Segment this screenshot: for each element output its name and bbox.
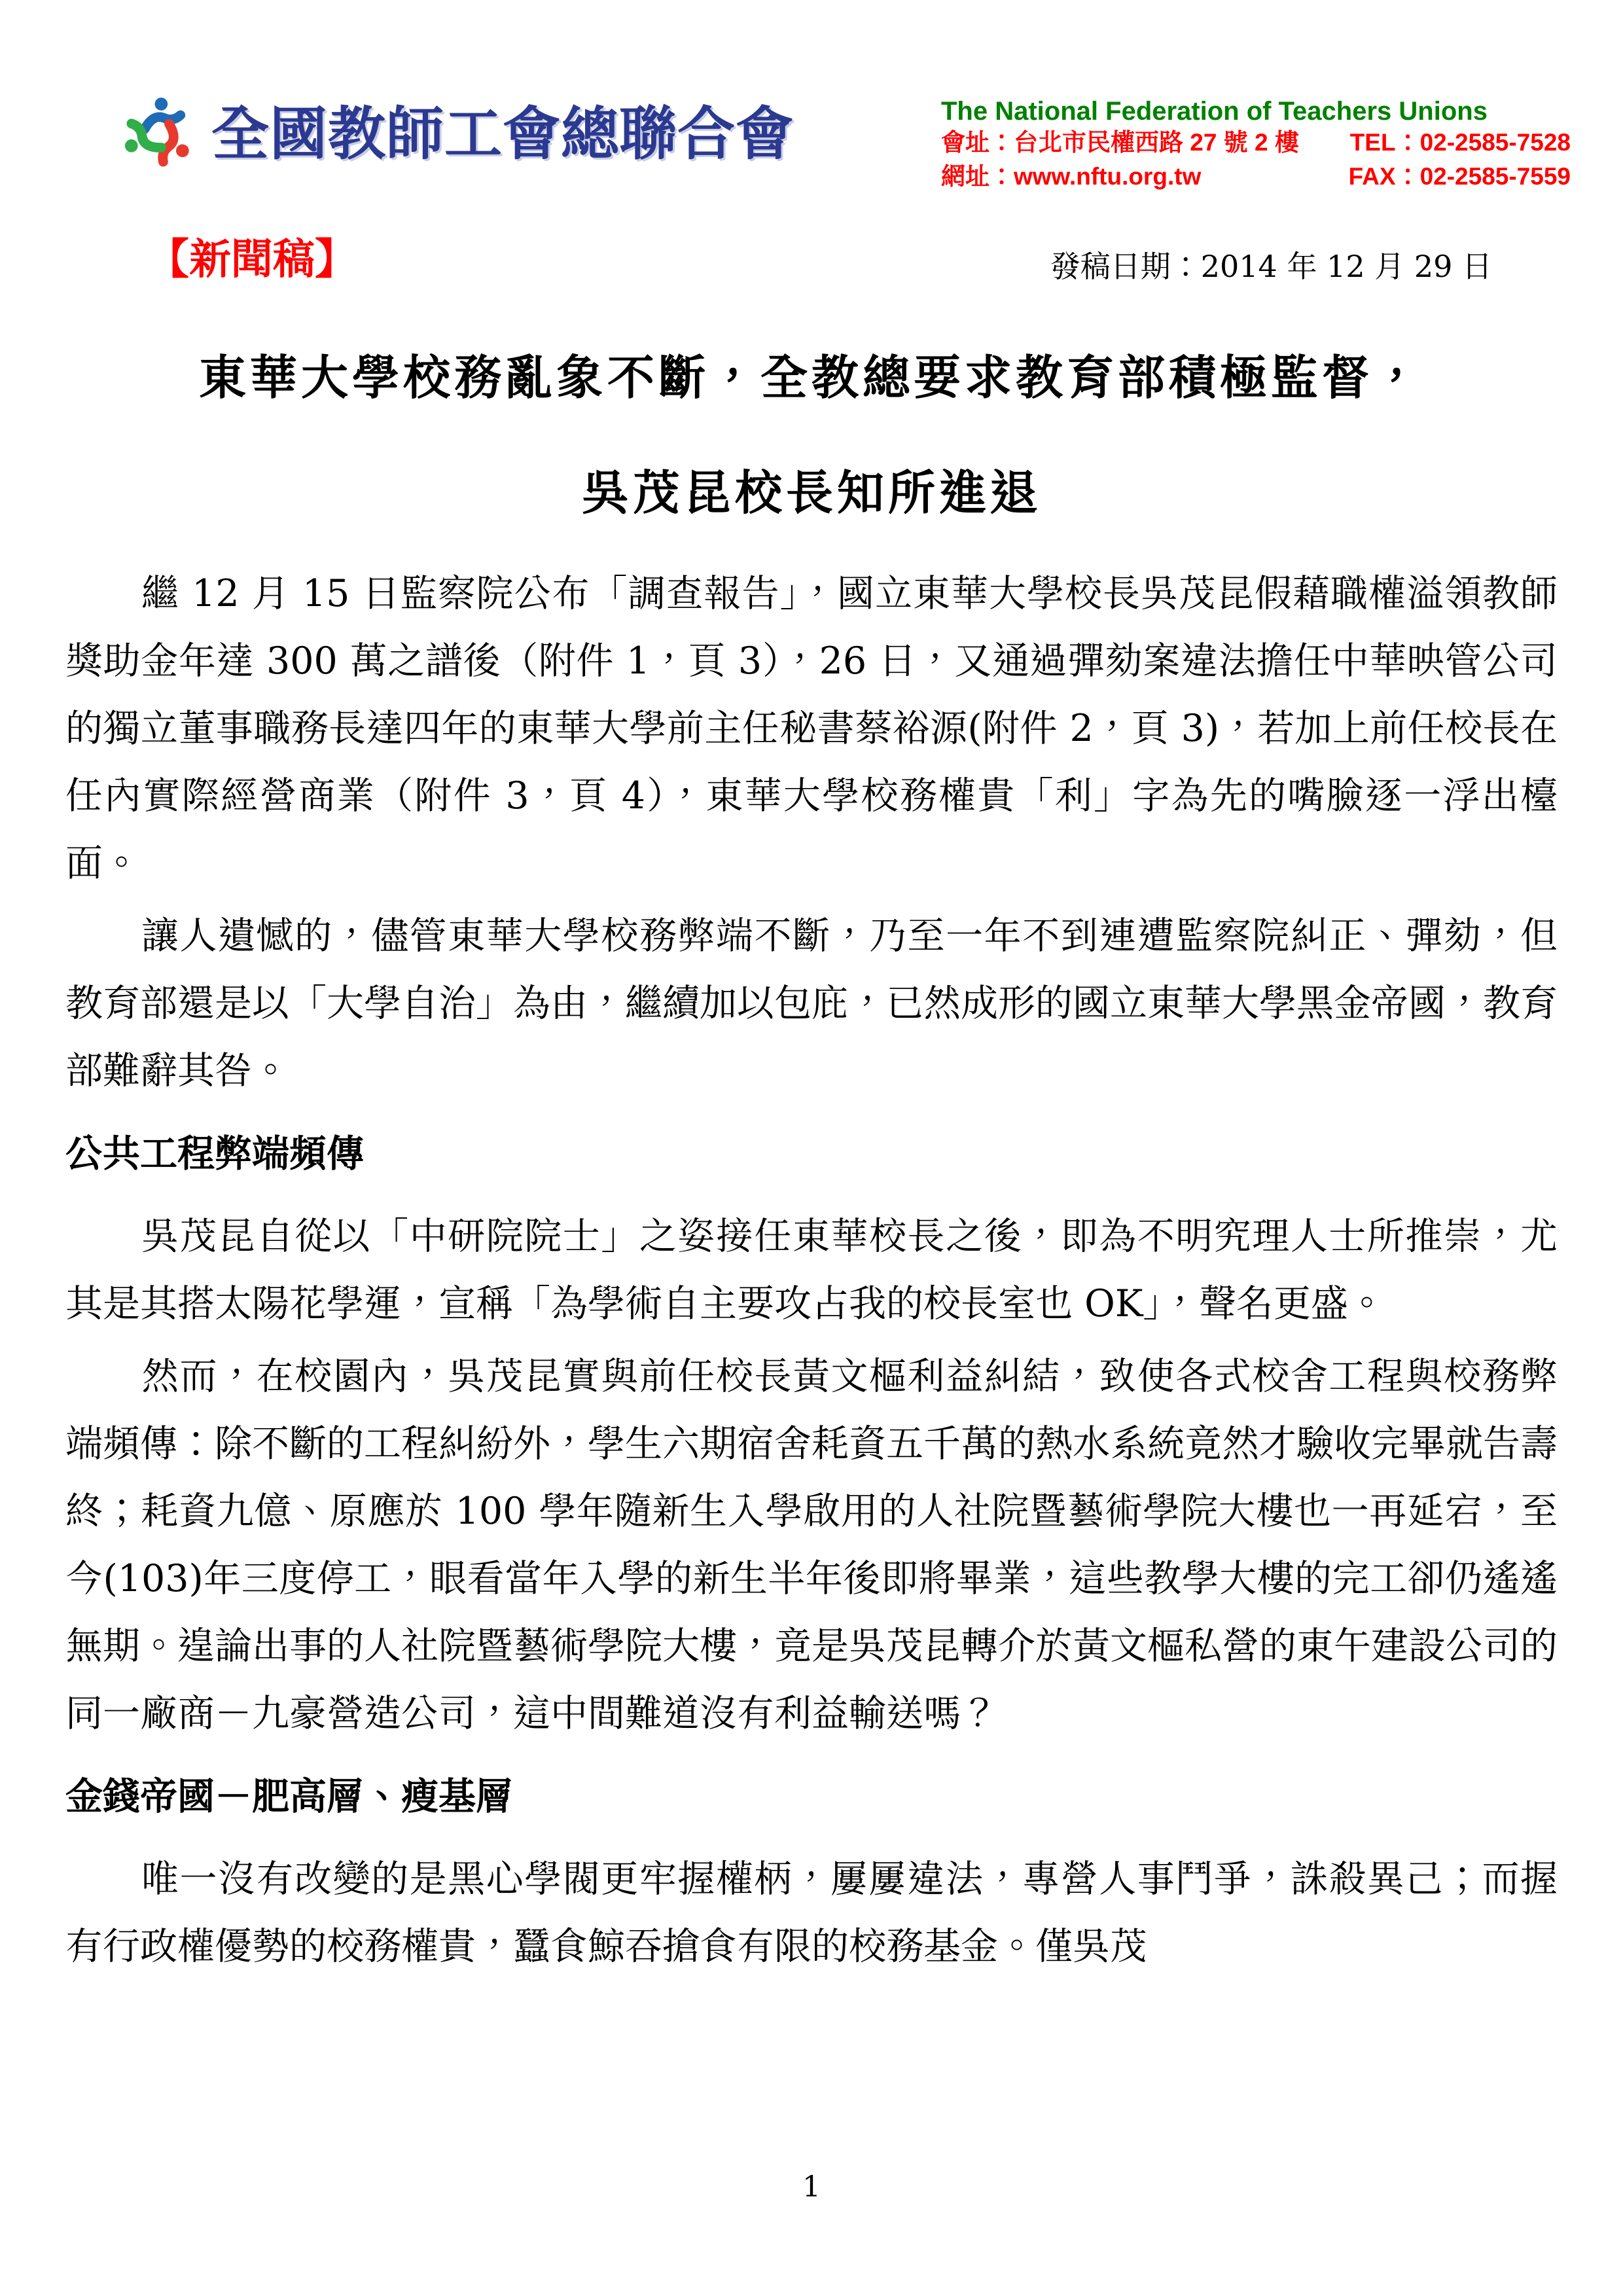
website-text: 網址：www.nftu.org.tw — [941, 160, 1201, 194]
contact-block: The National Federation of Teachers Unio… — [941, 97, 1571, 194]
paragraph-president-background: 吳茂昆自從以「中研院院士」之姿接任東華校長之後，即為不明究理人士所推崇，尤其是其… — [65, 1203, 1558, 1338]
section-heading-public-works: 公共工程弊端頻傳 — [65, 1124, 1558, 1183]
paragraph-money-empire: 唯一沒有改變的是黑心學閥更牢握權柄，屢屢違法，專營人事鬥爭，誅殺異己；而握有行政… — [65, 1846, 1558, 1981]
document-page: 全國教師工會總聯合會 The National Federation of Te… — [0, 0, 1623, 2296]
paragraph-investigation-report: 繼 12 月 15 日監察院公布「調查報告」，國立東華大學校長吳茂昆假藉職權溢領… — [65, 560, 1558, 897]
org-name-english: The National Federation of Teachers Unio… — [941, 97, 1571, 126]
triple-person-trefoil-icon — [120, 93, 197, 174]
fax-text: FAX：02-2585-7559 — [1349, 160, 1571, 194]
document-title-line-1: 東華大學校務亂象不斷，全教總要求教育部積極監督， — [0, 348, 1623, 407]
press-release-row: 【新聞稿】 發稿日期：2014 年 12 月 29 日 — [147, 230, 1492, 289]
press-release-tag: 【新聞稿】 — [147, 230, 357, 289]
contact-row-2: 網址：www.nftu.org.tw FAX：02-2585-7559 — [941, 160, 1571, 194]
paragraph-construction-scandals: 然而，在校園內，吳茂昆實與前任校長黃文樞利益糾結，致使各式校舍工程與校務弊端頻傳… — [65, 1343, 1558, 1748]
org-name-chinese: 全國教師工會總聯合會 — [211, 93, 794, 174]
page-number: 1 — [802, 2170, 821, 2204]
section-heading-money-empire: 金錢帝國－肥高層、瘦基層 — [65, 1767, 1558, 1826]
page-footer: 1 — [0, 2168, 1623, 2207]
contact-row-1: 會址：台北市民權西路 27 號 2 樓 TEL：02-2585-7528 — [941, 126, 1571, 160]
paragraph-ministry-criticism: 讓人遺憾的，儘管東華大學校務弊端不斷，乃至一年不到連遭監察院糾正、彈劾，但教育部… — [65, 903, 1558, 1105]
org-logo: 全國教師工會總聯合會 — [120, 93, 794, 174]
document-title-line-2: 吳茂昆校長知所進退 — [0, 463, 1623, 522]
tel-text: TEL：02-2585-7528 — [1350, 126, 1571, 160]
release-date: 發稿日期：2014 年 12 月 29 日 — [1050, 243, 1492, 289]
document-body: 繼 12 月 15 日監察院公布「調查報告」，國立東華大學校長吳茂昆假藉職權溢領… — [65, 560, 1558, 1986]
address-text: 會址：台北市民權西路 27 號 2 樓 — [941, 126, 1299, 160]
document-title: 東華大學校務亂象不斷，全教總要求教育部積極監督， 吳茂昆校長知所進退 — [0, 348, 1623, 522]
